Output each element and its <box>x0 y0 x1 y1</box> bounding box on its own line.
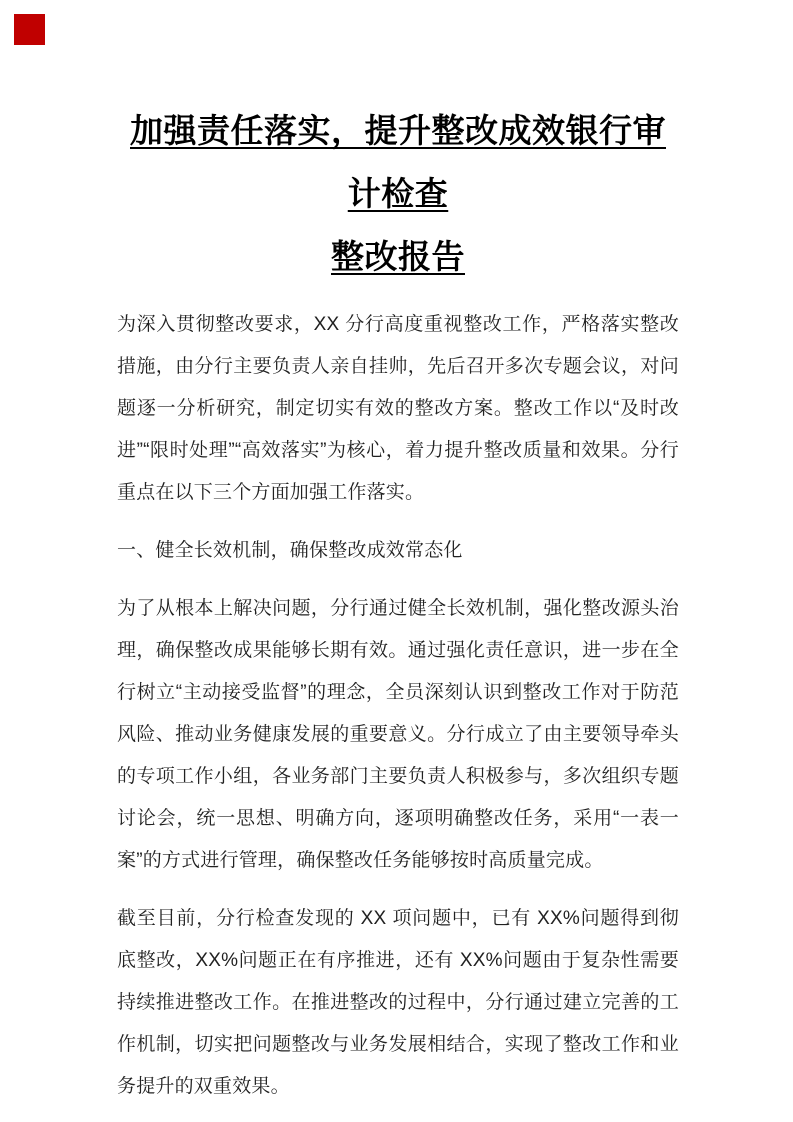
document-page: 加强责任落实，提升整改成效银行审计检查 整改报告 为深入贯彻整改要求，XX 分行… <box>0 0 793 1122</box>
document-content: 加强责任落实，提升整改成效银行审计检查 整改报告 为深入贯彻整改要求，XX 分行… <box>0 0 793 1108</box>
intro-paragraph: 为深入贯彻整改要求，XX 分行高度重视整改工作，严格落实整改措施，由分行主要负责… <box>117 304 679 514</box>
section-1-paragraph: 为了从根本上解决问题，分行通过健全长效机制，强化整改源头治理，确保整改成果能够长… <box>117 588 679 882</box>
document-title-line-2: 整改报告 <box>117 225 679 288</box>
progress-paragraph: 截至目前，分行检查发现的 XX 项问题中，已有 XX%问题得到彻底整改，XX%问… <box>117 898 679 1108</box>
red-square-mark <box>14 14 45 45</box>
document-title-line-1: 加强责任落实，提升整改成效银行审计检查 <box>117 99 679 225</box>
document-title: 加强责任落实，提升整改成效银行审计检查 整改报告 <box>117 99 679 288</box>
section-heading-1: 一、健全长效机制，确保整改成效常态化 <box>117 530 679 572</box>
